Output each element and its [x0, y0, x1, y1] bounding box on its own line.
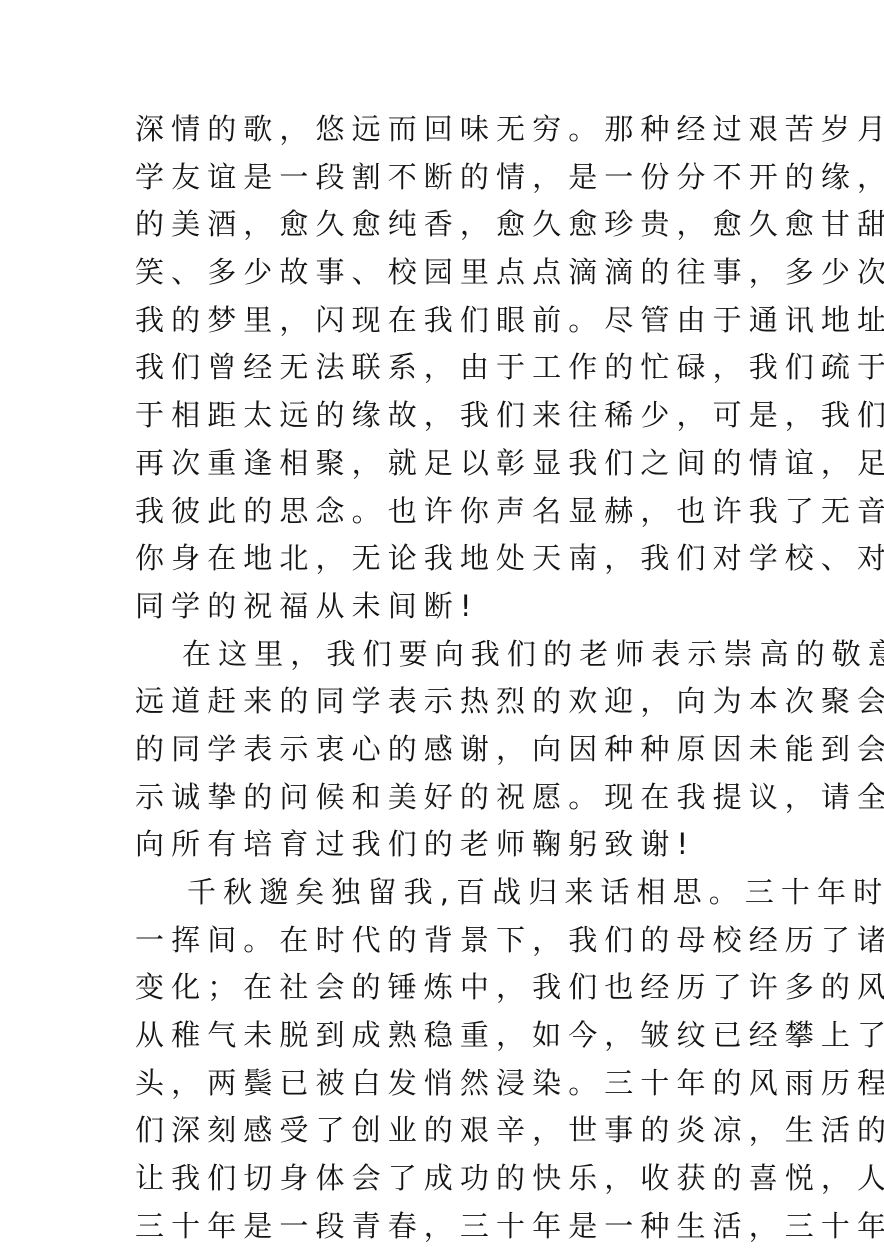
paragraph-1-line-3: 的美酒，愈久愈纯香，愈久愈珍贵，愈久愈甘甜。多少欢 — [135, 201, 775, 249]
paragraph-2-line-2: 远道赶来的同学表示热烈的欢迎，向为本次聚会奔波劳碌 — [135, 678, 775, 726]
paragraph-3-line-2: 一挥间。在时代的背景下，我们的母校经历了诸多的改革 — [135, 917, 775, 965]
paragraph-1-line-6: 我们曾经无法联系，由于工作的忙碌，我们疏于联络，由 — [135, 344, 775, 392]
paragraph-2-line-4: 示诚挚的问候和美好的祝愿。现在我提议，请全体起立， — [135, 774, 775, 822]
paragraph-3-line-8: 三十年是一段青春，三十年是一种生活，三十年更是一个 — [135, 1203, 775, 1250]
paragraph-3-line-5: 头，两鬓已被白发悄然浸染。三十年的风雨历程，既让我 — [135, 1060, 775, 1108]
paragraph-3-line-1: 千秋邈矣独留我,百战归来话相思。三十年时光，弹指 — [135, 869, 775, 917]
document-page: 深情的歌，悠远而回味无穷。那种经过艰苦岁月沉淀的同 学友谊是一段割不断的情，是一… — [0, 0, 884, 1250]
paragraph-1-line-5: 我的梦里，闪现在我们眼前。尽管由于通讯地址的变化， — [135, 297, 775, 345]
paragraph-1-line-1: 深情的歌，悠远而回味无穷。那种经过艰苦岁月沉淀的同 — [135, 106, 775, 154]
paragraph-3-line-7: 让我们切身体会了成功的快乐，收获的喜悦，人生的真谛 — [135, 1155, 775, 1203]
paragraph-2-line-3: 的同学表示衷心的感谢，向因种种原因未能到会的同学表 — [135, 726, 775, 774]
paragraph-1-line-9: 我彼此的思念。也许你声名显赫，也许我了无音讯，不论 — [135, 488, 775, 536]
paragraph-1-line-11: 同学的祝福从未间断! — [135, 583, 775, 631]
paragraph-2-line-1: 在这里，我们要向我们的老师表示崇高的敬意，向从 — [135, 631, 775, 679]
paragraph-1-line-7: 于相距太远的缘故，我们来往稀少，可是，我们今天能够 — [135, 392, 775, 440]
document-body: 深情的歌，悠远而回味无穷。那种经过艰苦岁月沉淀的同 学友谊是一段割不断的情，是一… — [135, 106, 775, 1250]
paragraph-1-line-10: 你身在地北，无论我地处天南，我们对学校、对老师、对 — [135, 535, 775, 583]
paragraph-3-line-6: 们深刻感受了创业的艰辛，世事的炎凉，生活的困顿，又 — [135, 1107, 775, 1155]
paragraph-1-line-2: 学友谊是一段割不断的情，是一份分不开的缘，就像陈年 — [135, 154, 775, 202]
paragraph-1-line-4: 笑、多少故事、校园里点点滴滴的往事，多少次出现在你 — [135, 249, 775, 297]
paragraph-3-line-3: 变化；在社会的锤炼中，我们也经历了许多的风雨沧桑， — [135, 964, 775, 1012]
paragraph-2-line-5: 向所有培育过我们的老师鞠躬致谢! — [135, 821, 775, 869]
paragraph-3-line-4: 从稚气未脱到成熟稳重，如今，皱纹已经攀上了我们的额 — [135, 1012, 775, 1060]
paragraph-1-line-8: 再次重逢相聚，就足以彰显我们之间的情谊，足以昭然你 — [135, 440, 775, 488]
